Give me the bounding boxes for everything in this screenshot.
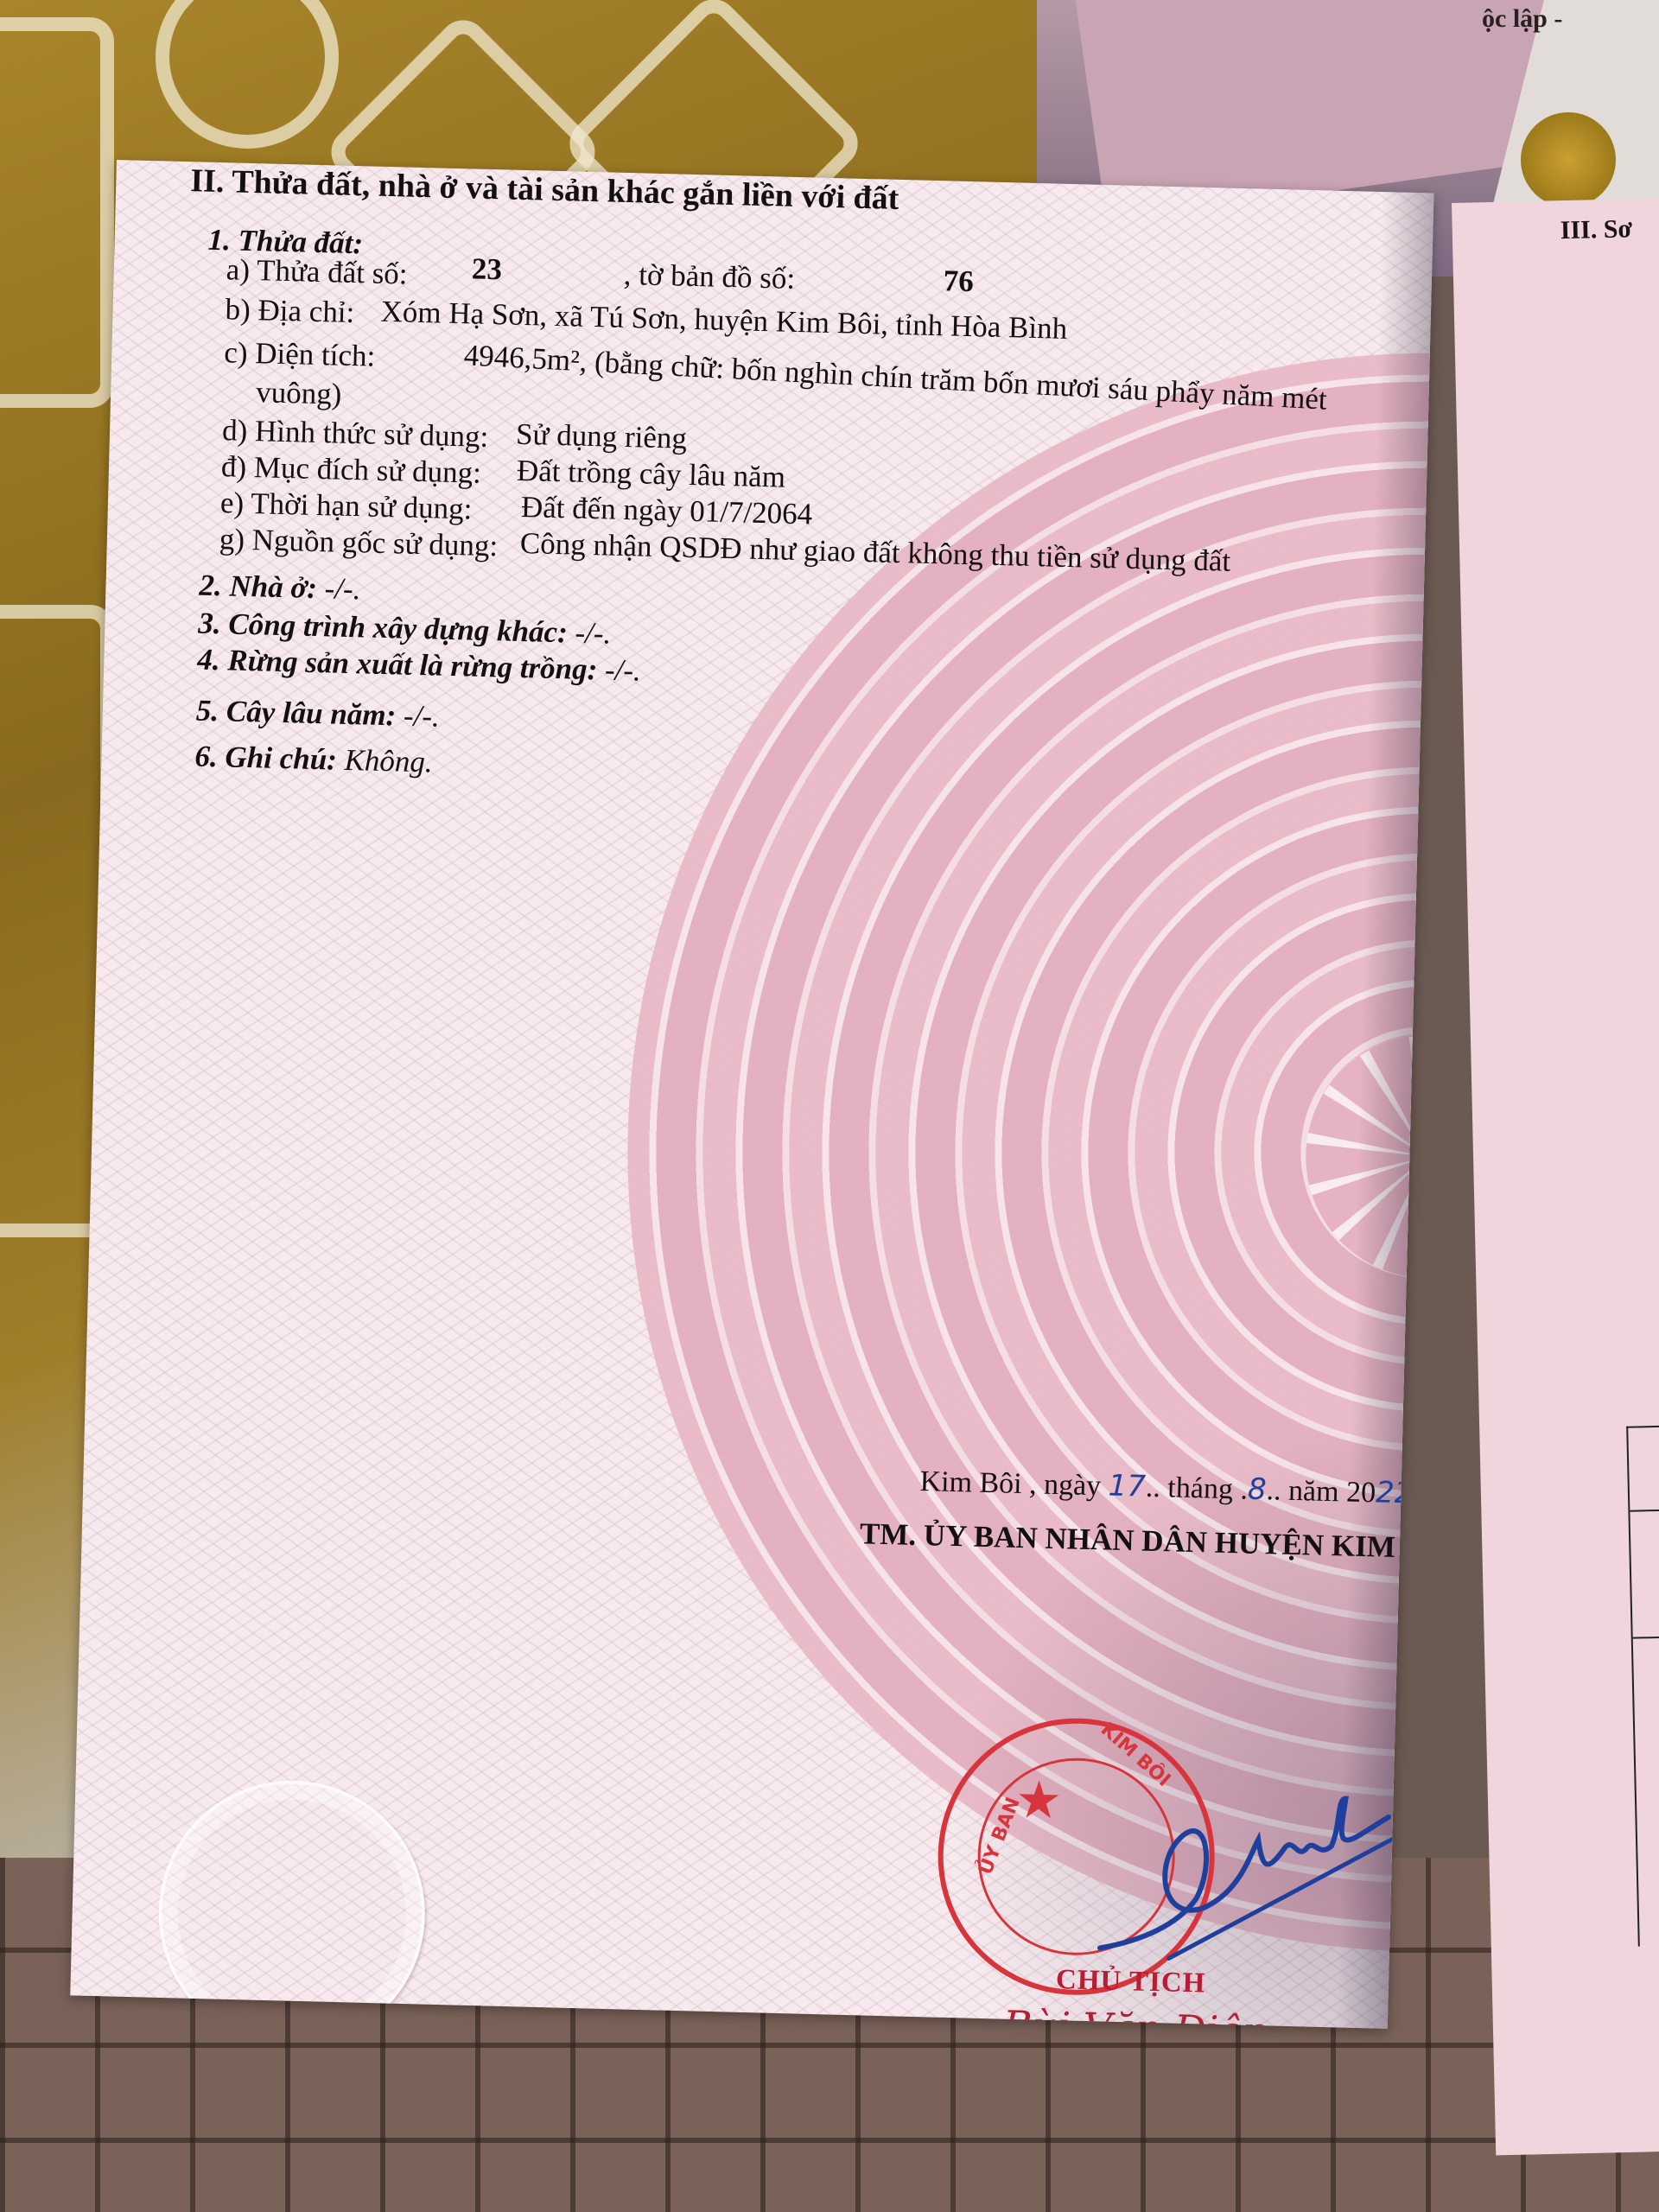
table-row	[1630, 1508, 1659, 1638]
item-label: 2. Nhà ở:	[199, 569, 317, 605]
purpose-value: Đất trồng cây lâu năm	[517, 454, 786, 495]
issue-place: Kim Bôi , ngày	[919, 1465, 1102, 1502]
item-value: -/-.	[575, 616, 612, 651]
area-value-continued: vuông)	[256, 375, 342, 411]
item-value: -/-.	[605, 652, 642, 687]
issue-month-label: tháng	[1167, 1471, 1233, 1505]
item-label: 5. Cây lâu năm:	[195, 694, 396, 733]
item-value: Không.	[344, 743, 433, 779]
parcel-no-value: 23	[471, 251, 502, 287]
issue-day: 17	[1108, 1469, 1146, 1504]
right-page-table	[1626, 1422, 1659, 1946]
address-label: b) Địa chỉ:	[225, 292, 355, 330]
parcel-no-label: a) Thửa đất số:	[226, 252, 408, 291]
folder-decoration	[156, 0, 339, 149]
folder-decoration	[0, 17, 114, 408]
use-form-value: Sử dụng riêng	[516, 417, 688, 456]
issue-year-suffix: 22	[1376, 1475, 1414, 1510]
table-row	[1633, 1635, 1659, 1721]
item-value: -/-.	[324, 571, 361, 606]
item-notes: 6. Ghi chú: Không.	[194, 740, 433, 780]
signer-title: CHỦ TỊCH	[1056, 1964, 1206, 1999]
certificate-page: II. Thửa đất, nhà ở và tài sản khác gắn …	[70, 160, 1433, 2029]
background-snippet-text: ộc lập -	[1482, 4, 1562, 34]
issue-month: 8	[1247, 1472, 1267, 1508]
right-page-title: III. Sơ	[1560, 214, 1632, 245]
table-row	[1628, 1424, 1659, 1512]
background-coin	[1521, 112, 1616, 207]
item-value: -/-.	[404, 699, 441, 734]
use-form-label: d) Hình thức sử dụng:	[222, 413, 489, 454]
map-sheet-value: 76	[943, 264, 974, 299]
area-label: c) Diện tích:	[224, 335, 376, 373]
term-label: e) Thời hạn sử dụng:	[219, 486, 472, 526]
issue-year-label: năm 20	[1288, 1475, 1376, 1510]
origin-label: g) Nguồn gốc sử dụng:	[219, 522, 498, 563]
purpose-label: đ) Mục đích sử dụng:	[221, 449, 482, 491]
term-value: Đất đến ngày 01/7/2064	[520, 490, 812, 532]
handwritten-signature	[1074, 1758, 1434, 1974]
item-label: 6. Ghi chú:	[194, 740, 337, 777]
item-perennial-trees: 5. Cây lâu năm: -/-.	[195, 694, 440, 734]
map-sheet-label: , tờ bản đồ số:	[623, 257, 795, 296]
item-house: 2. Nhà ở: -/-.	[199, 569, 361, 607]
